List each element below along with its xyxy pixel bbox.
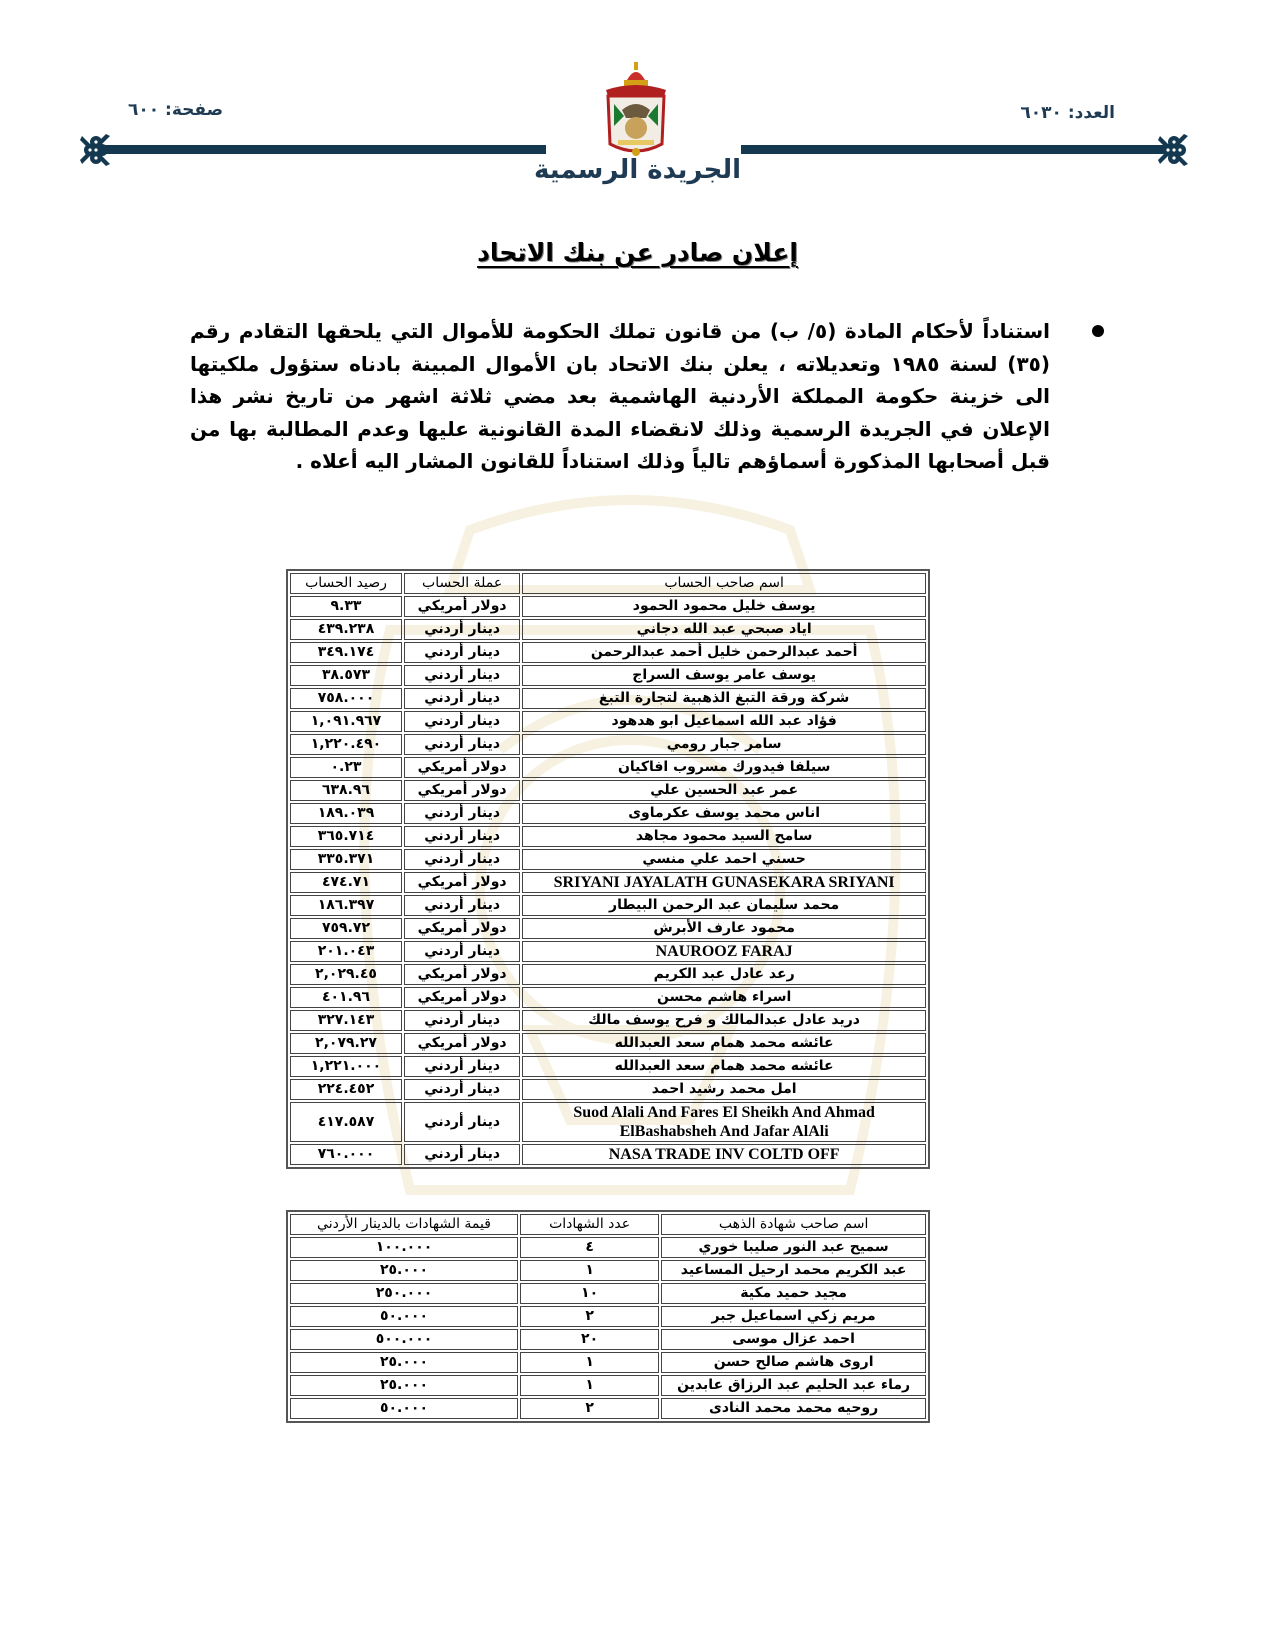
header-balance: رصيد الحساب — [290, 573, 402, 594]
cell-currency: دينار أردني — [404, 642, 520, 663]
table-row: NASA TRADE INV COLTD OFFدينار أردني٧٦٠.٠… — [290, 1144, 926, 1165]
cell-balance: ١٨٦.٣٩٧ — [290, 895, 402, 916]
jordan-coat-of-arms-icon — [600, 60, 672, 160]
cell-certificate-value: ٢٥.٠٠٠ — [290, 1375, 518, 1396]
cell-balance: ٦٣٨.٩٦ — [290, 780, 402, 801]
cell-account-holder: يوسف عامر يوسف السراج — [522, 665, 926, 686]
cell-account-holder: امل محمد رشيد احمد — [522, 1079, 926, 1100]
cell-currency: دولار أمريكي — [404, 872, 520, 893]
cell-balance: ١,٠٩١.٩٦٧ — [290, 711, 402, 732]
cell-account-holder: سامر جبار رومي — [522, 734, 926, 755]
gold-certificates-table: اسم صاحب شهادة الذهب عدد الشهادات قيمة ا… — [286, 1210, 930, 1423]
cell-currency: دينار أردني — [404, 803, 520, 824]
table-row: شركة ورقة التبغ الذهبية لتجارة التبغدينا… — [290, 688, 926, 709]
header-rule-right — [741, 145, 1181, 154]
cell-certificate-count: ١ — [520, 1352, 659, 1373]
announcement-text: استناداً لأحكام المادة (٥/ ب) من قانون ت… — [190, 315, 1080, 478]
cell-currency: دينار أردني — [404, 1102, 520, 1142]
cell-certificate-value: ٢٥.٠٠٠ — [290, 1260, 518, 1281]
cell-currency: دولار أمريكي — [404, 596, 520, 617]
table-row: Suod Alali And Fares El Sheikh And Ahmad… — [290, 1102, 926, 1142]
cell-certificate-holder: رماء عبد الحليم عبد الرزاق عابدين — [661, 1375, 926, 1396]
cell-account-holder: اسراء هاشم محسن — [522, 987, 926, 1008]
table-row: حسني احمد علي منسيدينار أردني٣٣٥.٣٧١ — [290, 849, 926, 870]
cell-currency: دولار أمريكي — [404, 964, 520, 985]
table-row: يوسف خليل محمود الحموددولار أمريكي٩.٣٣ — [290, 596, 926, 617]
cell-currency: دينار أردني — [404, 711, 520, 732]
cell-currency: دينار أردني — [404, 665, 520, 686]
announcement-body: استناداً لأحكام المادة (٥/ ب) من قانون ت… — [190, 315, 1080, 478]
header-certificate-holder: اسم صاحب شهادة الذهب — [661, 1214, 926, 1235]
cell-certificate-value: ٥٠.٠٠٠ — [290, 1306, 518, 1327]
cell-certificate-value: ٥٠.٠٠٠ — [290, 1398, 518, 1419]
cell-certificate-count: ١ — [520, 1260, 659, 1281]
cell-balance: ٤٠١.٩٦ — [290, 987, 402, 1008]
header-certificate-count: عدد الشهادات — [520, 1214, 659, 1235]
table-row: اياد صبحي عبد الله دجانيدينار أردني٤٣٩.٢… — [290, 619, 926, 640]
table-row: دريد عادل عبدالمالك و فرح يوسف مالكدينار… — [290, 1010, 926, 1031]
table-header-row: اسم صاحب شهادة الذهب عدد الشهادات قيمة ا… — [290, 1214, 926, 1235]
header-currency: عملة الحساب — [404, 573, 520, 594]
cell-currency: دينار أردني — [404, 1056, 520, 1077]
cell-certificate-holder: احمد عزال موسى — [661, 1329, 926, 1350]
table-header-row: اسم صاحب الحساب عملة الحساب رصيد الحساب — [290, 573, 926, 594]
table-row: رماء عبد الحليم عبد الرزاق عابدين١٢٥.٠٠٠ — [290, 1375, 926, 1396]
cell-account-holder: حسني احمد علي منسي — [522, 849, 926, 870]
cell-balance: ١٨٩.٠٣٩ — [290, 803, 402, 824]
table-row: اناس محمد يوسف عكرماوىدينار أردني١٨٩.٠٣٩ — [290, 803, 926, 824]
table-row: عبد الكريم محمد ارحيل المساعيد١٢٥.٠٠٠ — [290, 1260, 926, 1281]
table-row: فؤاد عبد الله اسماعيل ابو هدهوددينار أرد… — [290, 711, 926, 732]
table-row: سامر جبار روميدينار أردني١,٢٢٠.٤٩٠ — [290, 734, 926, 755]
cell-account-holder: محمد سليمان عبد الرحمن البيطار — [522, 895, 926, 916]
cell-currency: دينار أردني — [404, 1144, 520, 1165]
bullet-icon — [1092, 325, 1104, 337]
cell-balance: ٢,٠٢٩.٤٥ — [290, 964, 402, 985]
table-row: اروى هاشم صالح حسن١٢٥.٠٠٠ — [290, 1352, 926, 1373]
issue-number: العدد: ٦٠٣٠ — [1020, 103, 1115, 123]
cell-account-holder: محمود عارف الأبرش — [522, 918, 926, 939]
cell-balance: ١,٢٢١.٠٠٠ — [290, 1056, 402, 1077]
table-row: رعد عادل عبد الكريمدولار أمريكي٢,٠٢٩.٤٥ — [290, 964, 926, 985]
cell-account-holder: فؤاد عبد الله اسماعيل ابو هدهود — [522, 711, 926, 732]
table-row: عائشه محمد همام سعد العبداللهدولار أمريك… — [290, 1033, 926, 1054]
cell-currency: دينار أردني — [404, 1079, 520, 1100]
cell-certificate-value: ٥٠٠.٠٠٠ — [290, 1329, 518, 1350]
header-account-holder: اسم صاحب الحساب — [522, 573, 926, 594]
cell-balance: ٧٦٠.٠٠٠ — [290, 1144, 402, 1165]
table-row: مريم زكي اسماعيل جبر٢٥٠.٠٠٠ — [290, 1306, 926, 1327]
cell-certificate-holder: مجيد حميد مكية — [661, 1283, 926, 1304]
cell-account-holder: رعد عادل عبد الكريم — [522, 964, 926, 985]
table-row: محمود عارف الأبرشدولار أمريكي٧٥٩.٧٢ — [290, 918, 926, 939]
cell-certificate-count: ١٠ — [520, 1283, 659, 1304]
cell-balance: ٤٣٩.٢٣٨ — [290, 619, 402, 640]
cell-balance: ٧٥٨.٠٠٠ — [290, 688, 402, 709]
cell-currency: دينار أردني — [404, 826, 520, 847]
cell-certificate-holder: روحيه محمد محمد النادى — [661, 1398, 926, 1419]
cell-balance: ٢٠١.٠٤٣ — [290, 941, 402, 962]
cell-account-holder: أحمد عبدالرحمن خليل أحمد عبدالرحمن — [522, 642, 926, 663]
cell-certificate-count: ٢ — [520, 1306, 659, 1327]
table-row: سامح السيد محمود مجاهددينار أردني٣٦٥.٧١٤ — [290, 826, 926, 847]
table-row: عائشه محمد همام سعد العبداللهدينار أردني… — [290, 1056, 926, 1077]
cell-certificate-holder: اروى هاشم صالح حسن — [661, 1352, 926, 1373]
cell-balance: ٣٨.٥٧٣ — [290, 665, 402, 686]
table-row: يوسف عامر يوسف السراجدينار أردني٣٨.٥٧٣ — [290, 665, 926, 686]
cell-balance: ٠.٢٣ — [290, 757, 402, 778]
cell-certificate-value: ٢٥.٠٠٠ — [290, 1352, 518, 1373]
cell-certificate-count: ٢ — [520, 1398, 659, 1419]
cell-balance: ٣٦٥.٧١٤ — [290, 826, 402, 847]
cell-certificate-holder: مريم زكي اسماعيل جبر — [661, 1306, 926, 1327]
table-row: أحمد عبدالرحمن خليل أحمد عبدالرحمندينار … — [290, 642, 926, 663]
cell-account-holder: سيلفا فيدورك مسروب افاكيان — [522, 757, 926, 778]
cell-currency: دينار أردني — [404, 941, 520, 962]
header-certificate-value: قيمة الشهادات بالدينار الأردني — [290, 1214, 518, 1235]
cell-balance: ٤١٧.٥٨٧ — [290, 1102, 402, 1142]
cell-account-holder: NAUROOZ FARAJ — [522, 941, 926, 962]
cell-currency: دينار أردني — [404, 895, 520, 916]
table-row: سميح عبد النور صليبا خوري٤١٠٠.٠٠٠ — [290, 1237, 926, 1258]
cell-balance: ٧٥٩.٧٢ — [290, 918, 402, 939]
table-row: سيلفا فيدورك مسروب افاكياندولار أمريكي٠.… — [290, 757, 926, 778]
table-row: NAUROOZ FARAJدينار أردني٢٠١.٠٤٣ — [290, 941, 926, 962]
cell-account-holder: سامح السيد محمود مجاهد — [522, 826, 926, 847]
cell-currency: دولار أمريكي — [404, 1033, 520, 1054]
cell-balance: ٣٤٩.١٧٤ — [290, 642, 402, 663]
page-number: صفحة: ٦٠٠ — [128, 100, 223, 120]
table-row: امل محمد رشيد احمددينار أردني٢٢٤.٤٥٢ — [290, 1079, 926, 1100]
cell-certificate-holder: عبد الكريم محمد ارحيل المساعيد — [661, 1260, 926, 1281]
cell-currency: دينار أردني — [404, 619, 520, 640]
publication-name: الجريدة الرسمية — [0, 155, 1275, 185]
cell-balance: ٢٢٤.٤٥٢ — [290, 1079, 402, 1100]
cell-balance: ٣٣٥.٣٧١ — [290, 849, 402, 870]
cell-certificate-holder: سميح عبد النور صليبا خوري — [661, 1237, 926, 1258]
cell-certificate-value: ١٠٠.٠٠٠ — [290, 1237, 518, 1258]
announcement-title-wrap: إعلان صادر عن بنك الاتحاد — [0, 238, 1275, 267]
cell-currency: دولار أمريكي — [404, 918, 520, 939]
cell-currency: دولار أمريكي — [404, 757, 520, 778]
cell-currency: دولار أمريكي — [404, 780, 520, 801]
cell-account-holder: دريد عادل عبدالمالك و فرح يوسف مالك — [522, 1010, 926, 1031]
cell-balance: ٢,٠٧٩.٢٧ — [290, 1033, 402, 1054]
cell-currency: دينار أردني — [404, 1010, 520, 1031]
cell-account-holder: عائشه محمد همام سعد العبدالله — [522, 1056, 926, 1077]
cell-account-holder: SRIYANI JAYALATH GUNASEKARA SRIYANI — [522, 872, 926, 893]
cell-certificate-count: ٢٠ — [520, 1329, 659, 1350]
cell-account-holder: عمر عبد الحسين علي — [522, 780, 926, 801]
table-row: مجيد حميد مكية١٠٢٥٠.٠٠٠ — [290, 1283, 926, 1304]
cell-account-holder: يوسف خليل محمود الحمود — [522, 596, 926, 617]
cell-account-holder: اناس محمد يوسف عكرماوى — [522, 803, 926, 824]
cell-balance: ١,٢٢٠.٤٩٠ — [290, 734, 402, 755]
cell-account-holder: Suod Alali And Fares El Sheikh And Ahmad… — [522, 1102, 926, 1142]
table-row: اسراء هاشم محسندولار أمريكي٤٠١.٩٦ — [290, 987, 926, 1008]
cell-currency: دينار أردني — [404, 734, 520, 755]
table-row: SRIYANI JAYALATH GUNASEKARA SRIYANIدولار… — [290, 872, 926, 893]
table-row: روحيه محمد محمد النادى٢٥٠.٠٠٠ — [290, 1398, 926, 1419]
cell-account-holder: اياد صبحي عبد الله دجاني — [522, 619, 926, 640]
cell-currency: دينار أردني — [404, 849, 520, 870]
cell-currency: دينار أردني — [404, 688, 520, 709]
cell-balance: ٣٢٧.١٤٣ — [290, 1010, 402, 1031]
cell-currency: دولار أمريكي — [404, 987, 520, 1008]
cell-account-holder: NASA TRADE INV COLTD OFF — [522, 1144, 926, 1165]
announcement-title: إعلان صادر عن بنك الاتحاد — [477, 238, 798, 267]
cell-certificate-count: ٤ — [520, 1237, 659, 1258]
cell-certificate-value: ٢٥٠.٠٠٠ — [290, 1283, 518, 1304]
table-row: عمر عبد الحسين عليدولار أمريكي٦٣٨.٩٦ — [290, 780, 926, 801]
header-rule-left — [100, 145, 546, 154]
table-row: محمد سليمان عبد الرحمن البيطاردينار أردن… — [290, 895, 926, 916]
dormant-accounts-table: اسم صاحب الحساب عملة الحساب رصيد الحساب … — [286, 569, 930, 1169]
cell-account-holder: شركة ورقة التبغ الذهبية لتجارة التبغ — [522, 688, 926, 709]
cell-account-holder: عائشه محمد همام سعد العبدالله — [522, 1033, 926, 1054]
cell-balance: ٤٧٤.٧١ — [290, 872, 402, 893]
cell-certificate-count: ١ — [520, 1375, 659, 1396]
cell-balance: ٩.٣٣ — [290, 596, 402, 617]
table-row: احمد عزال موسى٢٠٥٠٠.٠٠٠ — [290, 1329, 926, 1350]
